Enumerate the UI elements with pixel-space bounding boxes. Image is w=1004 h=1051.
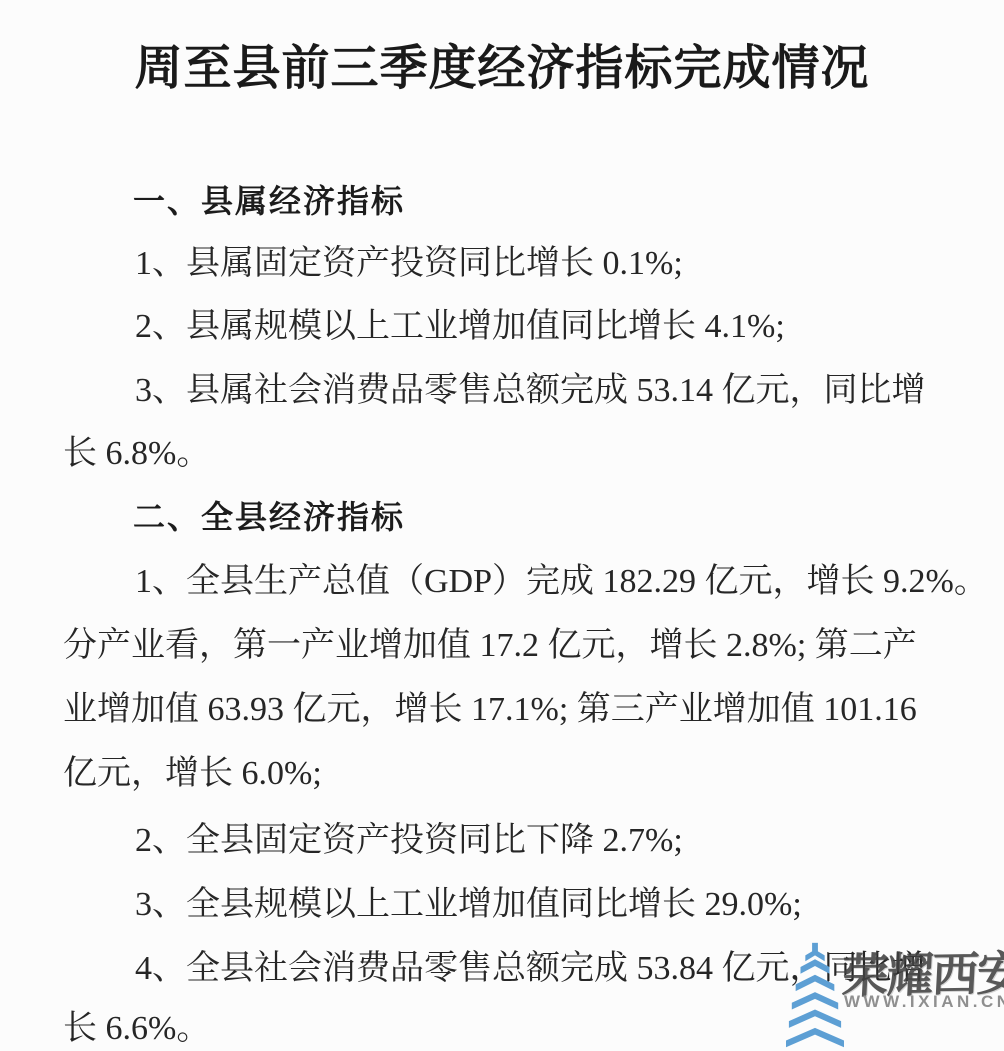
document-line: 3、全县规模以上工业增加值同比增长 29.0%;	[135, 886, 802, 923]
pagoda-icon	[786, 942, 844, 1050]
document-line: 业增加值 63.93 亿元，增长 17.1%; 第三产业增加值 101.16	[63, 691, 917, 728]
document-line: 分产业看，第一产业增加值 17.2 亿元，增长 2.8%; 第二产	[63, 627, 917, 664]
section-heading-whole-county: 二、全县经济指标	[133, 500, 405, 535]
document-line: 长 6.6%。	[63, 1010, 210, 1047]
document-line: 亿元，增长 6.0%;	[63, 755, 322, 792]
watermark-site-url: WWW.IXIAN.CN	[844, 992, 1004, 1012]
document-line: 1、县属固定资产投资同比增长 0.1%;	[135, 245, 683, 282]
site-watermark: 荣耀西安 WWW.IXIAN.CN	[778, 936, 1004, 1051]
document-line: 2、县属规模以上工业增加值同比增长 4.1%;	[135, 308, 785, 345]
document-line: 2、全县固定资产投资同比下降 2.7%;	[135, 822, 683, 859]
document-line: 3、县属社会消费品零售总额完成 53.14 亿元，同比增	[135, 372, 926, 409]
document-page: 周至县前三季度经济指标完成情况 一、县属经济指标 1、县属固定资产投资同比增长 …	[0, 0, 1004, 1051]
document-line: 1、全县生产总值（GDP）完成 182.29 亿元，增长 9.2%。	[135, 563, 988, 600]
document-line: 长 6.8%。	[63, 435, 210, 472]
section-heading-county-owned: 一、县属经济指标	[133, 184, 405, 219]
page-title: 周至县前三季度经济指标完成情况	[0, 40, 1004, 98]
